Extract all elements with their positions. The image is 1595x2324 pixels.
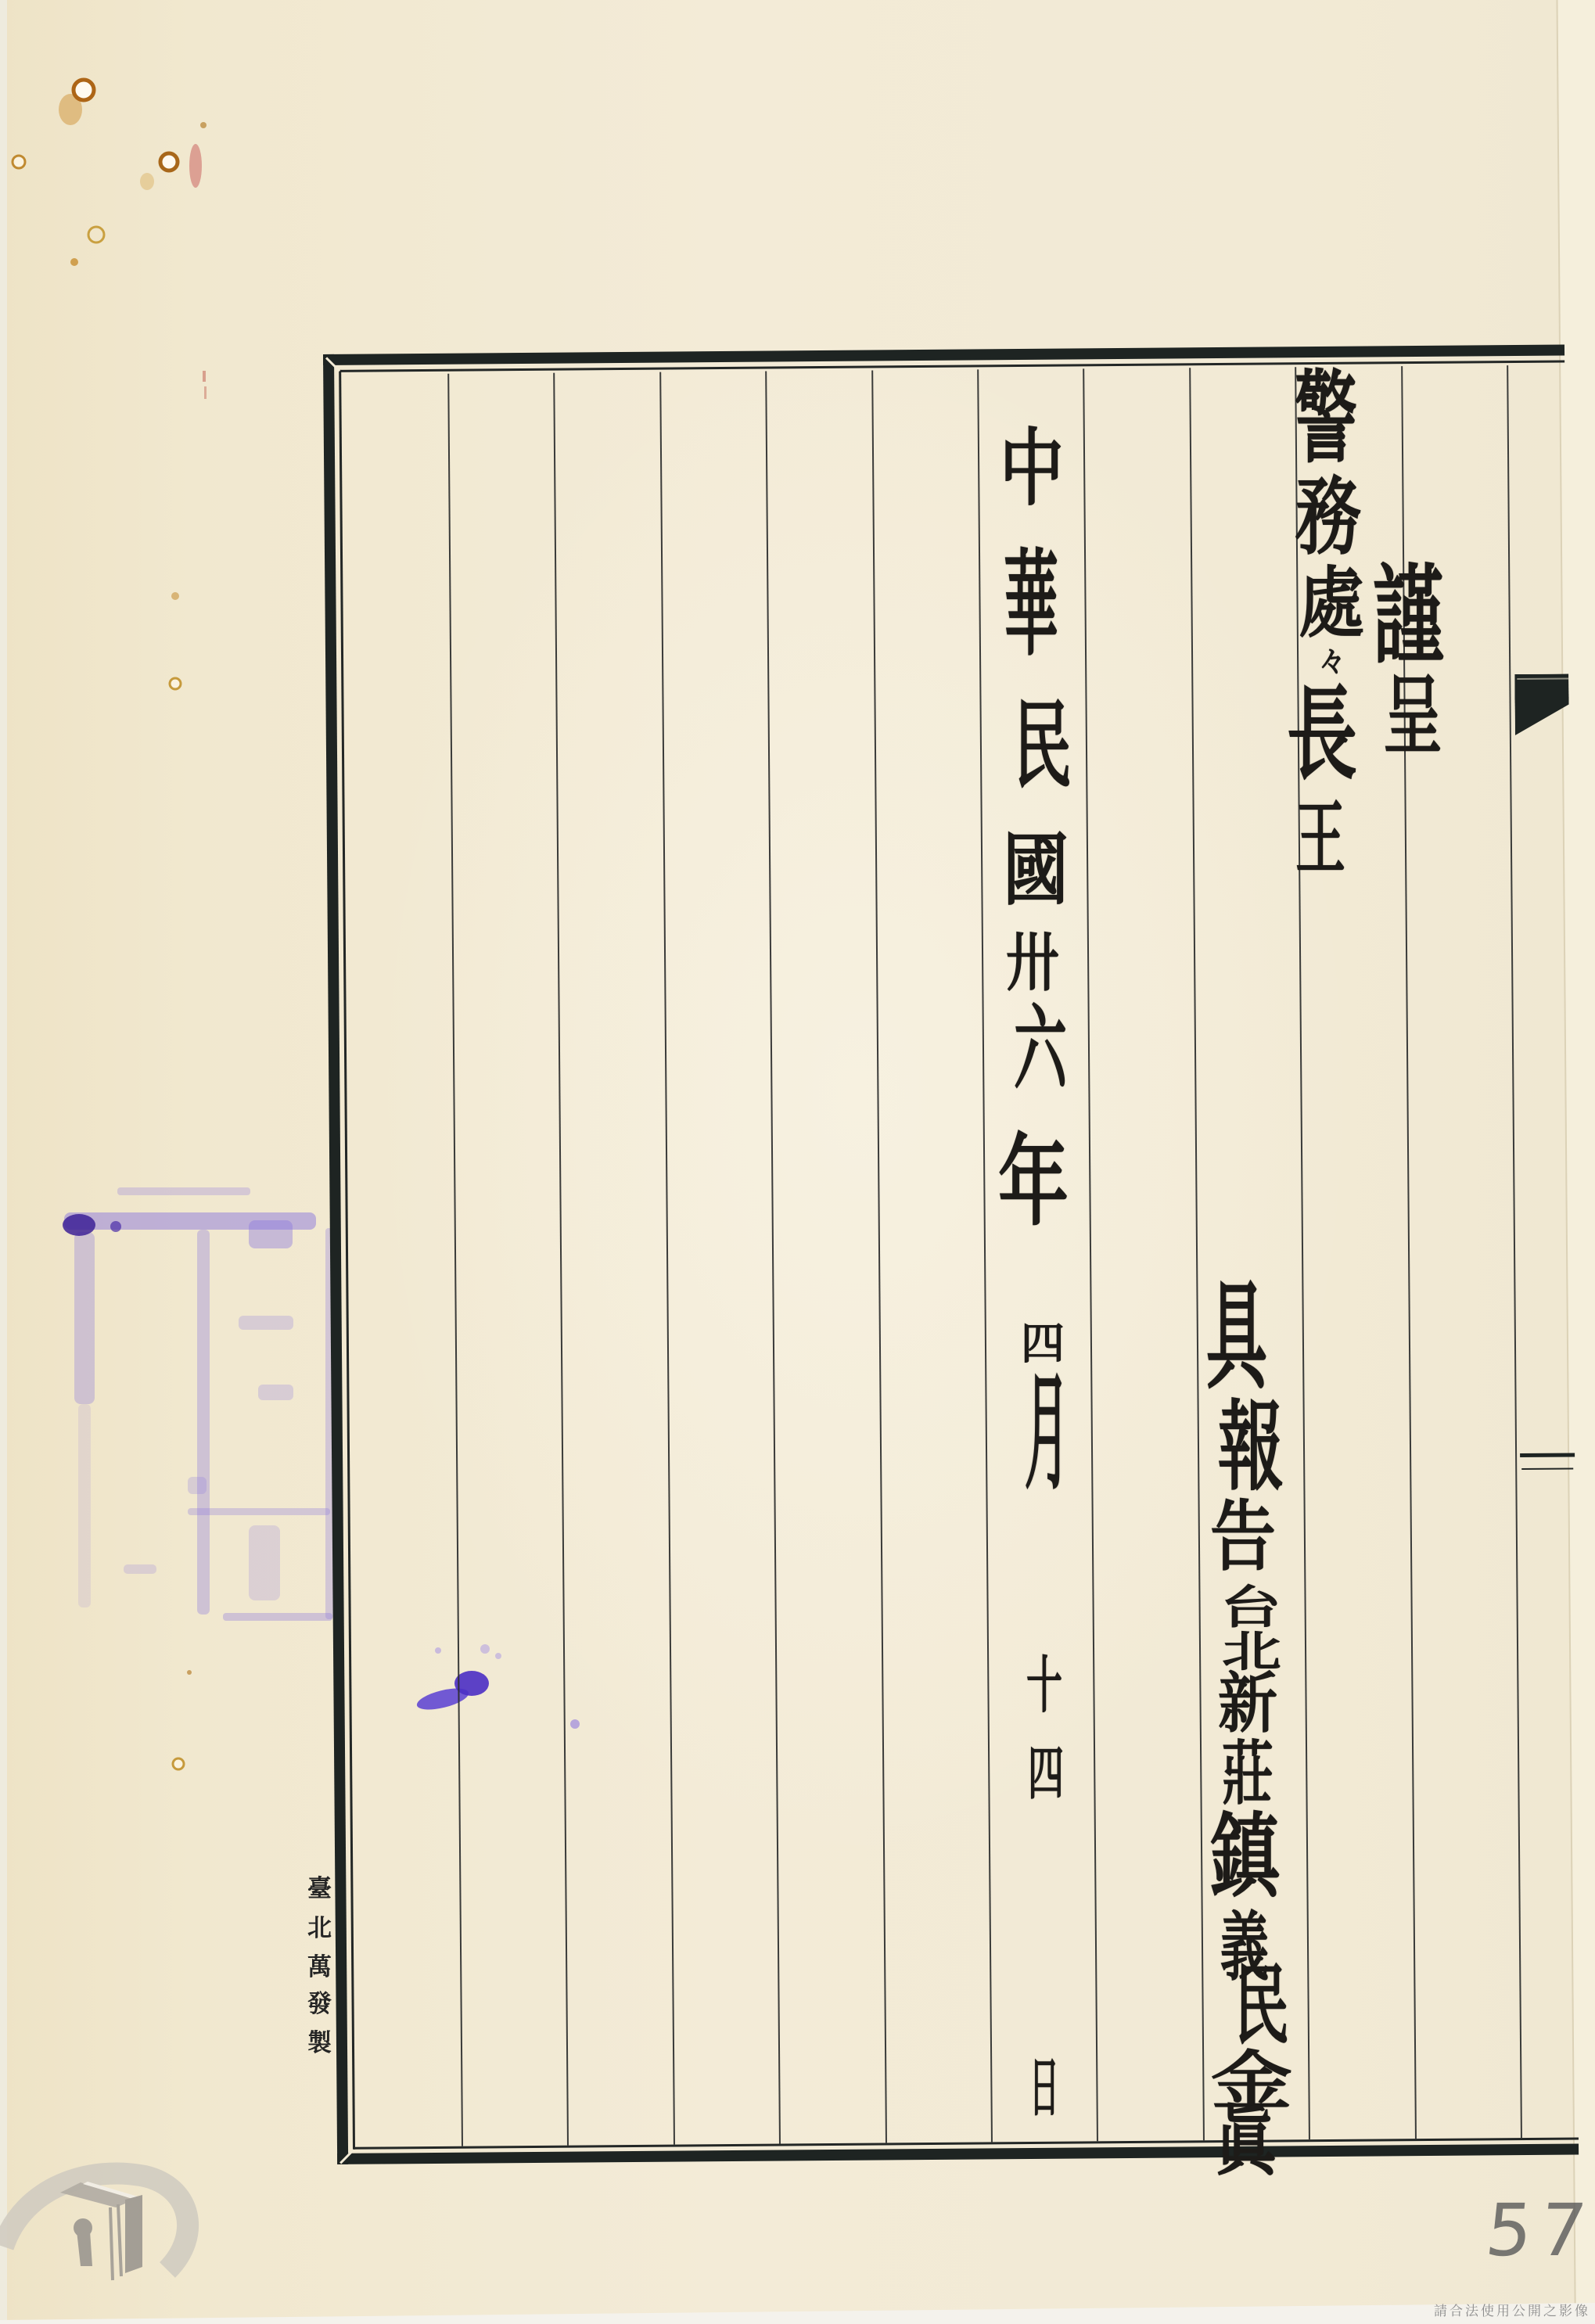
- date-glyph: 四: [1028, 1744, 1064, 1802]
- rust-dot: [200, 122, 207, 128]
- paper-left-edge: [0, 0, 7, 2324]
- salutation-glyph: 呈: [1383, 673, 1442, 759]
- stamp-mid-rule: [188, 1508, 330, 1515]
- printer-mark-glyph: 萬: [307, 1956, 332, 1980]
- stamp-ink-dot: [110, 1221, 121, 1232]
- logo-arc: [3, 2173, 188, 2270]
- rust-dot: [187, 1670, 192, 1675]
- stamp-text-trace: [258, 1385, 293, 1400]
- recipient-glyph: 長: [1287, 684, 1357, 786]
- stamp-text-trace: [249, 1525, 280, 1600]
- rust-ring: [13, 156, 25, 168]
- rust-ring: [173, 1758, 184, 1769]
- printer-mark-glyph: 臺: [307, 1877, 332, 1902]
- recipient-glyph: 警: [1295, 368, 1357, 468]
- date-glyph: 中: [1000, 427, 1064, 511]
- fold-center-thin-rule: [1521, 1467, 1573, 1470]
- stamp-text-trace: [188, 1477, 207, 1494]
- date-glyph: 卅: [1006, 931, 1059, 995]
- stamp-left-rule: [74, 1232, 95, 1404]
- signature-glyph: 台: [1220, 1585, 1281, 1631]
- signature-glyph: 報: [1218, 1399, 1284, 1496]
- column-rule: [871, 370, 887, 2143]
- column-rule: [447, 374, 463, 2146]
- stamp-left-rule-faint: [78, 1404, 91, 1607]
- date-glyph: 華: [1004, 548, 1058, 663]
- logo-page-line: [110, 2207, 113, 2280]
- logo-keyhole-stem: [77, 2231, 92, 2266]
- red-speckle: [189, 144, 202, 188]
- column-rule: [1507, 365, 1522, 2138]
- date-glyph: 月: [1025, 1370, 1069, 1497]
- pencil-page-number: 57: [1482, 2195, 1595, 2267]
- fold-center-thick-rule: [1520, 1453, 1575, 1457]
- rust-ring: [88, 227, 104, 242]
- stamp-top-right-block: [249, 1220, 293, 1248]
- signature-glyph: 新: [1218, 1671, 1277, 1737]
- stamp-text-trace: [124, 1564, 156, 1574]
- logo-book-spine: [125, 2195, 142, 2273]
- red-mark: [203, 371, 206, 382]
- signature-glyph: 民: [1234, 1962, 1289, 2049]
- stamp-top-bar: [64, 1212, 316, 1230]
- printer-mark-glyph: 發: [307, 1992, 332, 2017]
- red-mark: [204, 386, 207, 399]
- logo-keyhole-top: [74, 2218, 92, 2237]
- logo-page-line: [118, 2204, 121, 2276]
- scan-bottom-margin: [0, 2292, 1595, 2324]
- column-rule: [553, 373, 569, 2146]
- column-rule: [659, 372, 675, 2145]
- stamp-text-trace: [239, 1316, 293, 1330]
- recipient-glyph: 處: [1299, 565, 1364, 641]
- date-glyph: 六: [1014, 1003, 1067, 1096]
- rust-hole: [160, 153, 178, 171]
- date-glyph: 十: [1026, 1654, 1062, 1715]
- printer-mark-glyph: 製: [307, 2031, 332, 2056]
- rust-hole: [74, 80, 94, 100]
- stamp-bottom-rule: [223, 1613, 332, 1621]
- date-glyph: 民: [1014, 699, 1072, 794]
- column-rule: [1189, 368, 1205, 2140]
- date-glyph: 國: [1003, 831, 1069, 910]
- printer-mark-glyph: 北: [307, 1916, 332, 1941]
- recipient-glyph: 務: [1295, 474, 1361, 559]
- salutation-glyph: 謹: [1373, 562, 1443, 671]
- date-glyph: 日: [1029, 2056, 1059, 2120]
- rust-ring: [170, 678, 181, 689]
- recipient-glyph: 王: [1295, 799, 1345, 879]
- signature-glyph: 眞: [1216, 2104, 1277, 2181]
- signature-glyph: 莊: [1222, 1739, 1273, 1809]
- logo-book-pages: [83, 2182, 138, 2199]
- column-rule: [977, 369, 993, 2142]
- rust-smear: [140, 173, 154, 190]
- stamp-ink-blob: [63, 1214, 95, 1236]
- scanned-document-page: 警 務 處 々 長 王 謹 呈 具 報 告 台 北 新 莊 鎮 義 民 金 眞 …: [0, 0, 1595, 2324]
- column-rule: [1083, 368, 1098, 2141]
- rust-smear: [59, 94, 82, 125]
- rust-dot: [171, 592, 179, 600]
- signature-glyph: 鎮: [1209, 1811, 1280, 1902]
- signature-glyph: 具: [1206, 1280, 1267, 1397]
- stamp-middle-rule: [197, 1230, 210, 1615]
- usage-notice: 請合法使用公開之影像: [1434, 2305, 1590, 2319]
- stamp-top-faint-line: [117, 1187, 250, 1195]
- date-glyph: 年: [998, 1133, 1069, 1231]
- rust-dot: [70, 258, 78, 266]
- logo-book-top: [60, 2182, 135, 2207]
- signature-glyph: 告: [1210, 1499, 1276, 1575]
- column-rule: [765, 372, 781, 2144]
- iteration-mark: 々: [1319, 646, 1345, 678]
- fishtail-marker-icon: [1514, 674, 1569, 736]
